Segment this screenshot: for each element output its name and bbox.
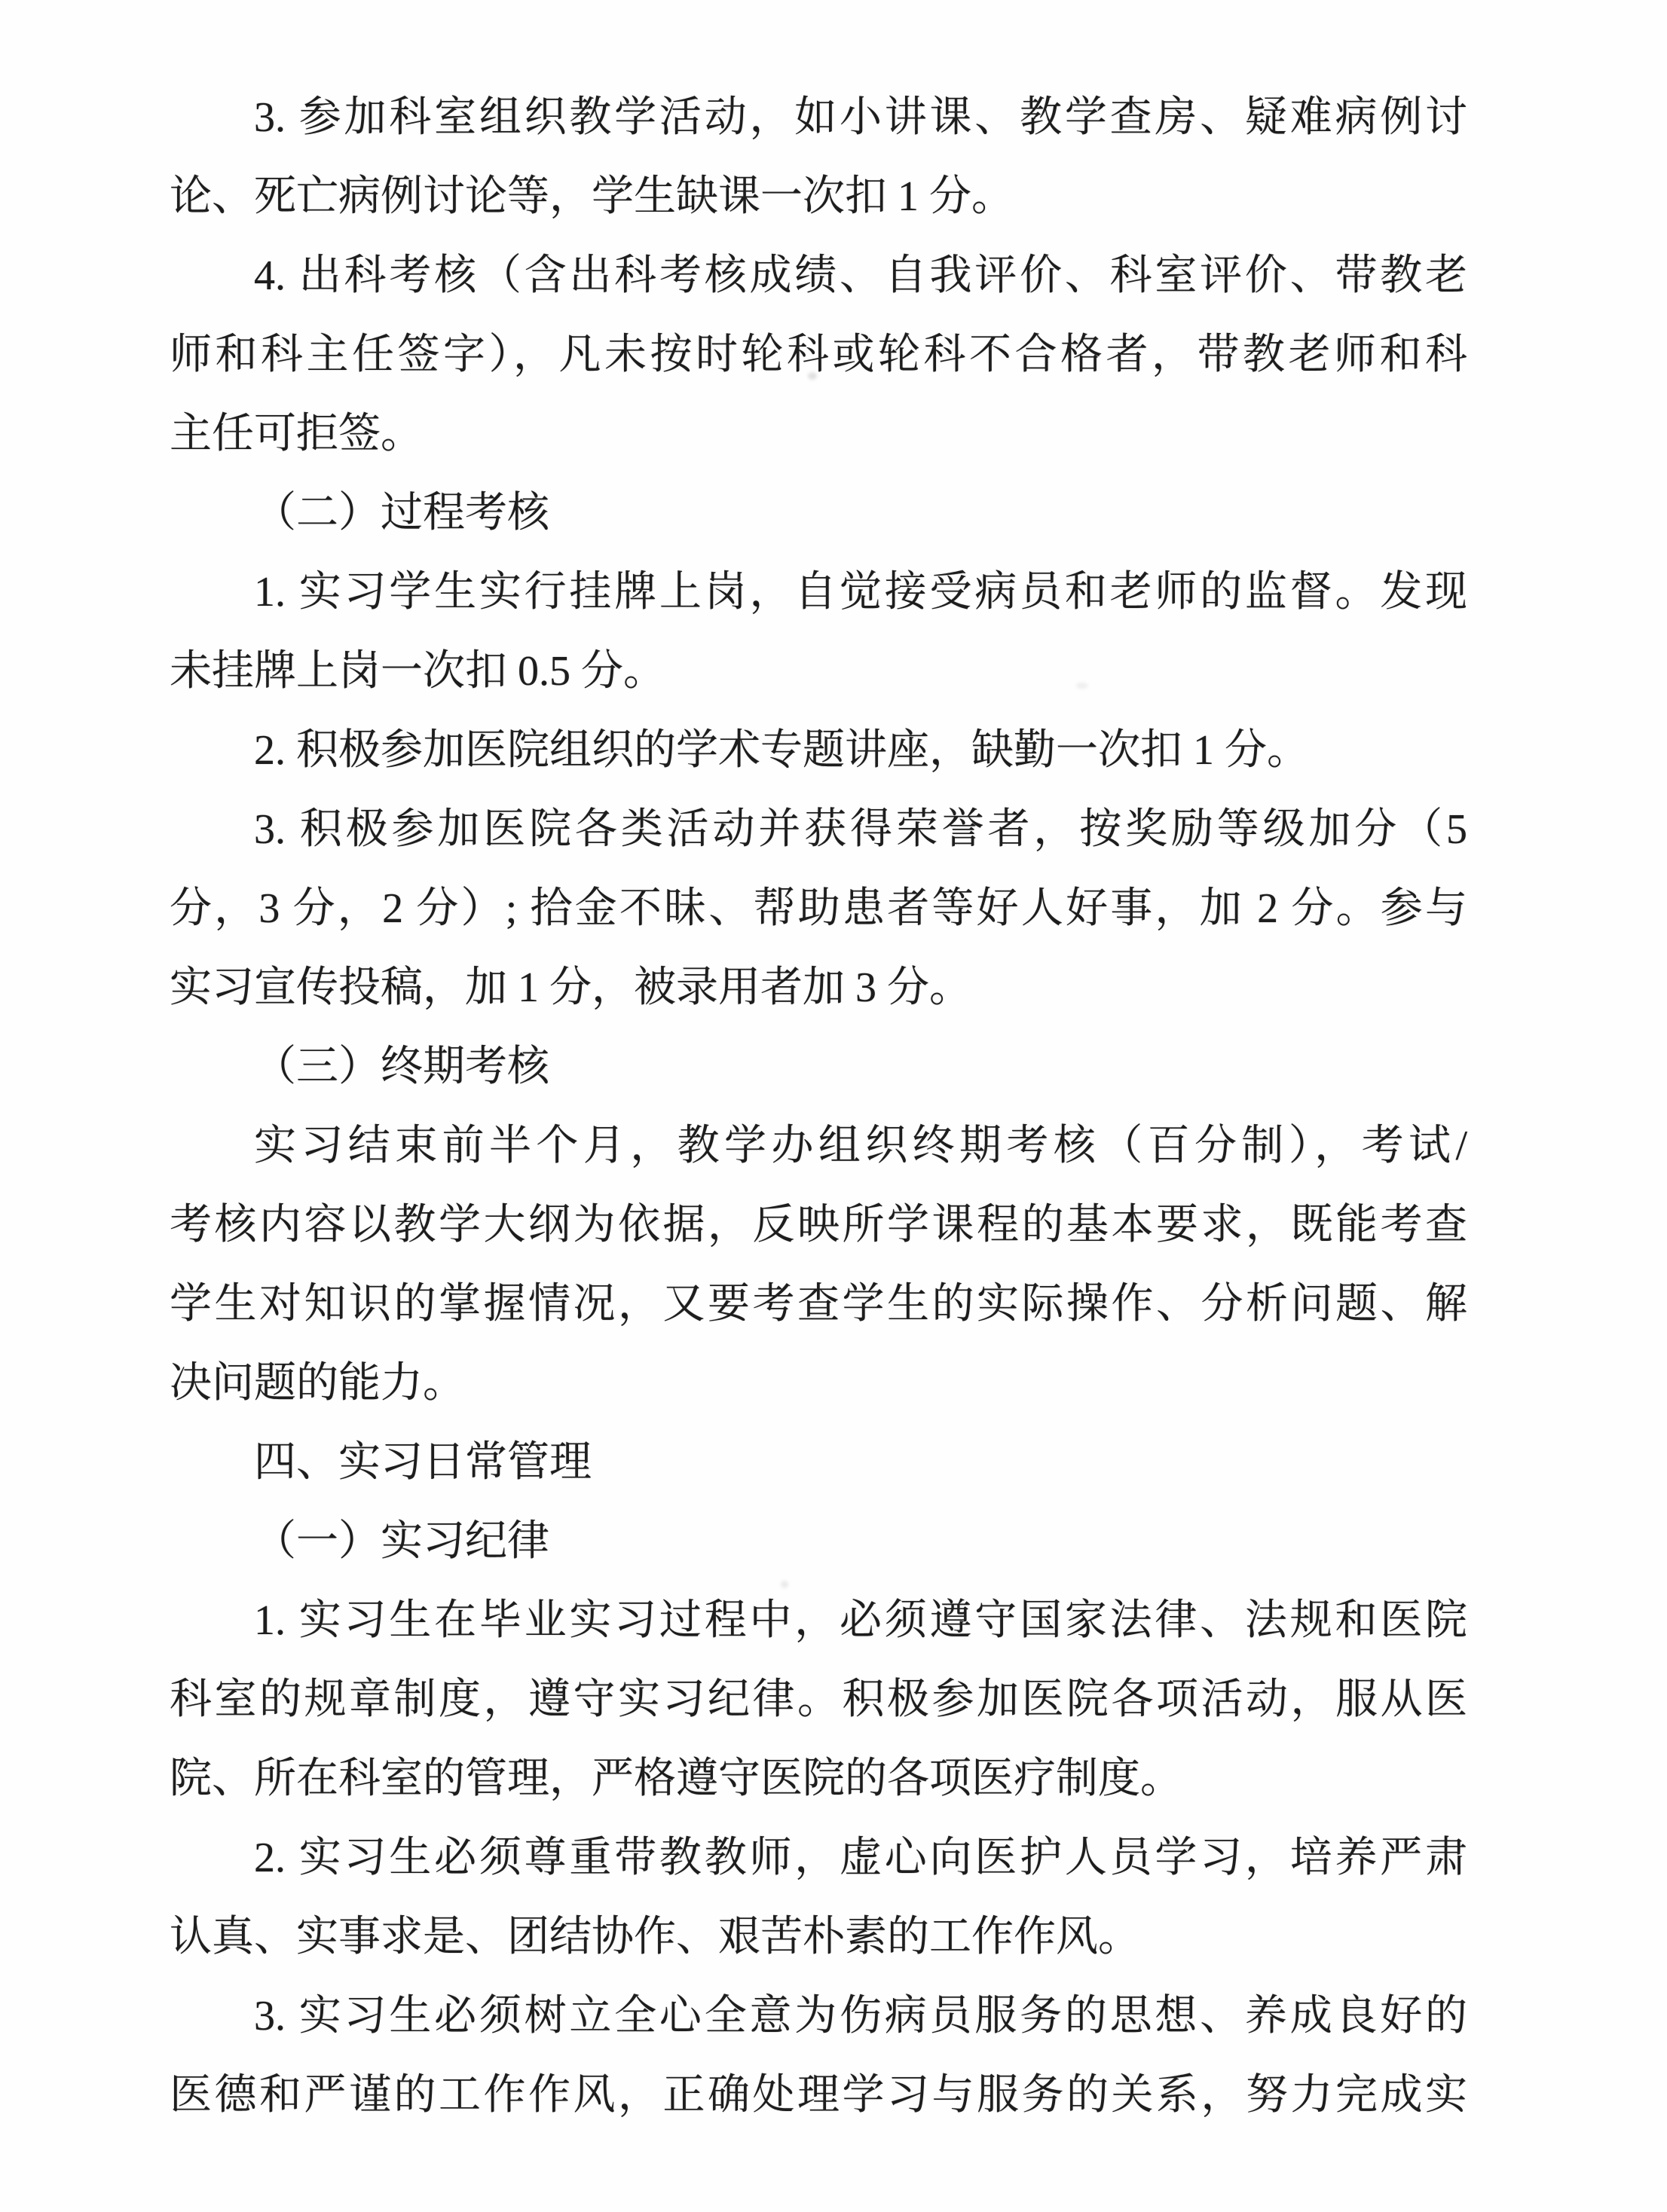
scan-speck [1076, 683, 1088, 689]
text-line: 3. 实习生必须树立全心全意为伤病员服务的思想、养成良好的 [170, 1977, 1467, 2056]
text-line: 医德和严谨的工作作风，正确处理学习与服务的关系，努力完成实 [170, 2056, 1467, 2135]
text-line: 实习宣传投稿，加 1 分，被录用者加 3 分。 [170, 949, 1467, 1028]
document-page: 3. 参加科室组织教学活动，如小讲课、教学查房、疑难病例讨 论、死亡病例讨论等，… [0, 0, 1667, 2212]
section-heading: （三）终期考核 [170, 1028, 1467, 1107]
text-line: 师和科主任签字），凡未按时轮科或轮科不合格者，带教老师和科 [170, 316, 1467, 395]
section-heading: （二）过程考核 [170, 474, 1467, 553]
text-line: 学生对知识的掌握情况，又要考查学生的实际操作、分析问题、解 [170, 1265, 1467, 1344]
text-line: 2. 实习生必须尊重带教教师，虚心向医护人员学习，培养严肃 [170, 1819, 1467, 1898]
section-heading: （一）实习纪律 [170, 1502, 1467, 1581]
text-line: 决问题的能力。 [170, 1344, 1467, 1423]
text-line: 论、死亡病例讨论等，学生缺课一次扣 1 分。 [170, 157, 1467, 237]
text-line: 认真、实事求是、团结协作、艰苦朴素的工作作风。 [170, 1898, 1467, 1977]
text-line: 1. 实习生在毕业实习过程中，必须遵守国家法律、法规和医院 [170, 1581, 1467, 1661]
text-line: 院、所在科室的管理，严格遵守医院的各项医疗制度。 [170, 1740, 1467, 1819]
text-line: 考核内容以教学大纲为依据，反映所学课程的基本要求，既能考查 [170, 1186, 1467, 1265]
text-line: 3. 参加科室组织教学活动，如小讲课、教学查房、疑难病例讨 [170, 78, 1467, 157]
chapter-heading: 四、实习日常管理 [170, 1423, 1467, 1502]
text-line: 4. 出科考核（含出科考核成绩、自我评价、科室评价、带教老 [170, 237, 1467, 316]
text-line: 科室的规章制度，遵守实习纪律。积极参加医院各项活动，服从医 [170, 1661, 1467, 1740]
text-line: 未挂牌上岗一次扣 0.5 分。 [170, 632, 1467, 711]
text-line: 主任可拒签。 [170, 395, 1467, 474]
text-line: 3. 积极参加医院各类活动并获得荣誉者，按奖励等级加分（5 [170, 790, 1467, 869]
text-line: 实习结束前半个月，教学办组织终期考核（百分制），考试/ [170, 1107, 1467, 1186]
text-line: 2. 积极参加医院组织的学术专题讲座，缺勤一次扣 1 分。 [170, 711, 1467, 790]
text-line: 1. 实习学生实行挂牌上岗，自觉接受病员和老师的监督。发现 [170, 553, 1467, 632]
scan-speck [781, 1581, 788, 1588]
scan-speck [808, 372, 817, 380]
document-text-block: 3. 参加科室组织教学活动，如小讲课、教学查房、疑难病例讨 论、死亡病例讨论等，… [170, 78, 1467, 2135]
text-line: 分，3 分，2 分）; 拾金不昧、帮助患者等好人好事，加 2 分。参与 [170, 869, 1467, 949]
